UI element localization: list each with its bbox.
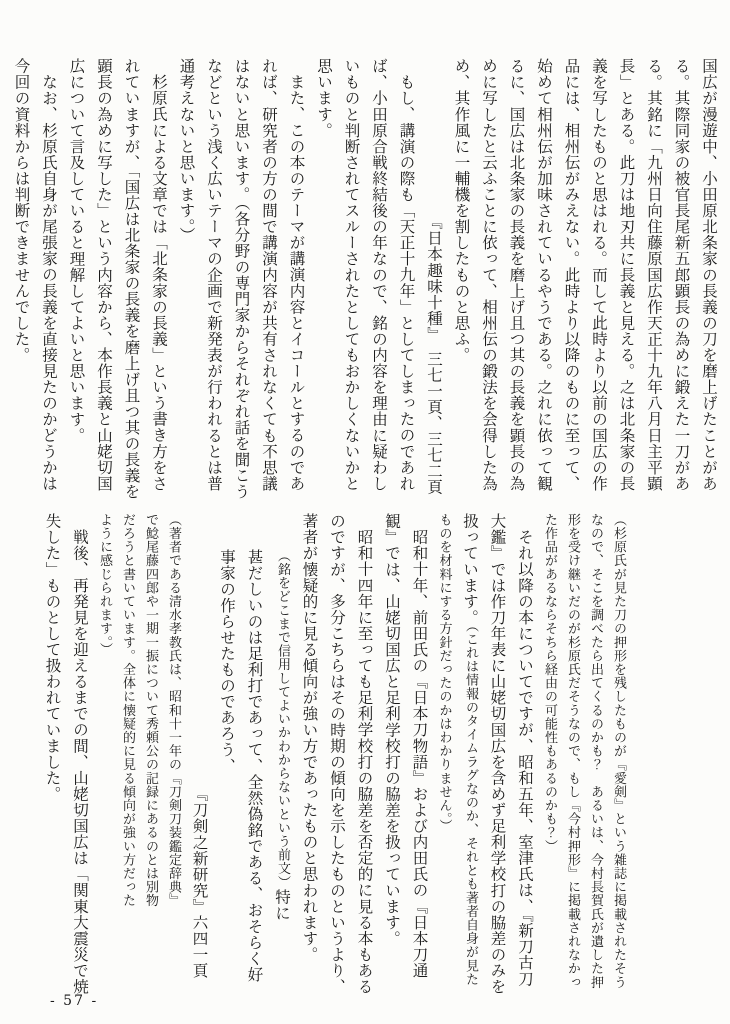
text-line: 戦後、再発見を迎えるまでの間、山姥切国広は「関東大震災で	[71, 529, 89, 978]
text-line: （杉原氏が見た刀の押形を残したものが『愛剣』という雑誌に掲載されたそう	[611, 513, 626, 989]
bottom-text-block: （杉原氏が見た刀の押形を残したものが『愛剣』という雑誌に掲載されたそうなので、そ…	[38, 513, 630, 995]
paragraph: （杉原氏が見た刀の押形を残したものが『愛剣』という雑誌に掲載されたそうなので、そ…	[538, 513, 630, 995]
paragraph: （著者である清水孝教氏は、昭和十一年の『刀剣刀装鑑定辞典』で鯰尾藤四郎や一期一振…	[93, 513, 185, 995]
paragraph: 昭和十四年に至っても足利学校打の脇差を否定的に見る本もあるのですが、多分こちらは…	[295, 513, 378, 995]
text-line: 昭和十四年に至っても足利学校打の脇差を否定的に見る本もあ	[356, 529, 374, 978]
top-text-block: 国広が漫遊中、小田原北条家の長義の刀を磨上げたことがある。其際同家の被官長尾新五…	[7, 58, 722, 506]
text-line: 事家の作らせたものであろう、	[218, 549, 236, 774]
text-line: 形を受け継いだのが杉原氏だそうなので、もし『今村押形』に掲載されなかっ	[565, 513, 580, 989]
text-line: （著者である清水孝教氏は、昭和十一年の『刀剣刀装鑑定辞典』	[166, 513, 181, 907]
paragraph: 『日本趣味十種』 三七一頁、三七二頁	[420, 58, 448, 506]
paragraph: 戦後、再発見を迎えるまでの間、山姥切国広は「関東大震災で焼失した」ものとして扱わ…	[38, 513, 93, 995]
document-page: 国広が漫遊中、小田原北条家の長義の刀を磨上げたことがある。其際同家の被官長尾新五…	[0, 0, 730, 1024]
text-line: 『刀剣之新研究』六四一頁	[191, 786, 209, 979]
text-line: めに写したと云ふことに依って、相州伝の鍛法を会得した為	[480, 58, 498, 491]
text-line: るに、国広は北条家の長義を磨上げ且つ其の長義を顕長の為	[508, 58, 526, 491]
paragraph: なお、杉原氏自身が尾張家の長義を直接見たのかどうかは今回の資料からは判断できませ…	[7, 58, 62, 506]
paragraph: もし、講演の際も「天正十九年」としてしまったのであれば、小田原合戦終結後の年なの…	[310, 58, 420, 506]
paragraph: （銘をどこまで信用してよいかわからないという前文）特に甚だしいのは足利打であって…	[213, 513, 296, 995]
paragraph: 国広が漫遊中、小田原北条家の長義の刀を磨上げたことがある。其際同家の被官長尾新五…	[447, 58, 722, 506]
text-line: （銘をどこまで信用してよいかわからないという前文）	[275, 549, 290, 889]
paragraph: また、この本のテーマが講演内容とイコールとするのであれば、研究者の方の間で講演内…	[172, 58, 310, 506]
text-line: 『日本趣味十種』 三七一頁、三七二頁	[425, 214, 443, 495]
text-line: それ以降の本についてですが、昭和五年、室津氏は、『新刀古刀	[516, 529, 534, 987]
paragraph: 杉原氏による文章では「北条家の長義」という書き方をされていますが、「国広は北条家…	[62, 58, 172, 506]
text-line: （これは情報のタイムラグなのか、それとも著者自身が見	[463, 625, 478, 972]
text-line: 判断されてスルーされたとしてもおかしくないかと思います。	[315, 58, 361, 491]
text-line: 及していると理解してよいと思います。	[68, 154, 86, 443]
text-line: 国広が漫遊中、小田原北条家の長義の刀を磨上げたことがあ	[700, 58, 718, 491]
paragraph: 『刀剣之新研究』六四一頁	[185, 513, 213, 995]
paragraph: 昭和十年、前田氏の『日本刀物語』および内田氏の『日本刀通観』では、山姥切国広と足…	[378, 513, 433, 995]
text-line: る。其際同家の被官長尾新五郎顕長の為めに鍛えた一刀があ	[673, 58, 691, 491]
text-line: 大鑑』では作刀年表に山姥切国広を含めず足利学校打の脇差のみ	[489, 513, 507, 978]
text-line: 観』では、山姥切国広と足利学校打の脇差を扱っています。	[383, 513, 401, 946]
page-number: - 57 -	[50, 993, 98, 1009]
text-line: た作品があるならそちら経由の可能性もあるのかも？）	[542, 513, 557, 853]
text-line: 始めて相州伝が加味されているやうである。之れに依って観	[535, 58, 553, 491]
paragraph: それ以降の本についてですが、昭和五年、室津氏は、『新刀古刀大鑑』では作刀年表に山…	[433, 513, 539, 995]
text-line: 長」とある。此刀は地刃共に長義と見える。之は北条家の長	[618, 58, 636, 491]
text-line: 特に	[273, 889, 291, 921]
text-line: る。其銘に「九州日向住藤原国広作天正十九年八月日主平顕	[645, 58, 663, 491]
text-line: ように感じられます。）	[97, 513, 112, 656]
text-line: だろうと書いています。全体に懐疑的に見る傾向が強い方だった	[120, 513, 135, 907]
text-line: で鯰尾藤四郎や一期一振について秀頼公の記録にあるのとは別物	[143, 513, 158, 907]
text-line: の資料からは判断できませんでした。	[13, 90, 31, 363]
text-line: め、其作風に一輔機を割したものと思ふ。	[453, 58, 471, 363]
text-line: す。）	[178, 202, 196, 242]
text-line: 甚だしいのは足利打であって、全然偽銘である、おそらく好	[246, 549, 264, 982]
text-line: 品には、相州伝がみえない。此時より以降のものに至って、	[563, 58, 581, 491]
text-line: なので、そこを調べたら出てくるのかも？ あるいは、今村長賀氏が遺した押	[588, 513, 603, 989]
text-line: 昭和十年、前田氏の『日本刀物語』および内田氏の『日本刀通	[411, 529, 429, 978]
text-line: 義を写したものと思はれる。而して此時より以前の国広の作	[590, 58, 608, 491]
